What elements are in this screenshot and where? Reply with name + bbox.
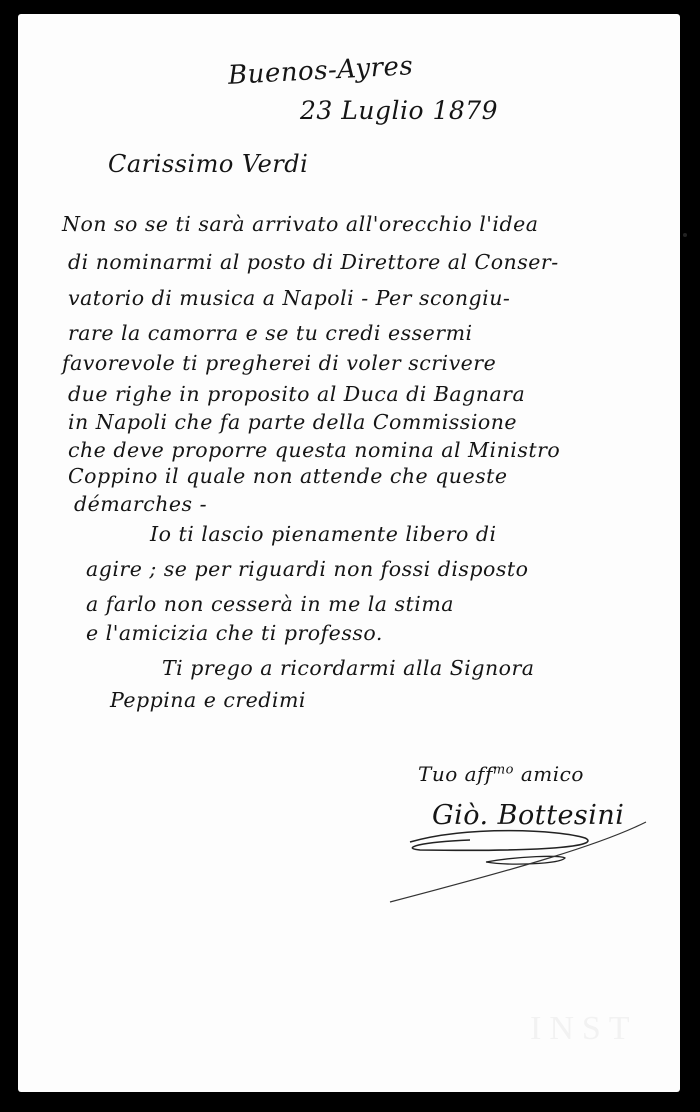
body-line: agire ; se per riguardi non fossi dispos… xyxy=(86,557,528,581)
body-line: favorevole ti pregherei di voler scriver… xyxy=(62,351,496,375)
closing-abbrev: aff xyxy=(465,762,493,786)
closing-abbrev-sup: mo xyxy=(493,762,514,777)
closing-prefix: Tuo xyxy=(418,762,458,786)
signature: Giò. Bottesini xyxy=(432,800,624,831)
body-line: due righe in proposito al Duca di Bagnar… xyxy=(68,382,525,406)
body-line: démarches - xyxy=(74,492,207,516)
body-line: Io ti lascio pienamente libero di xyxy=(150,522,497,546)
body-line: che deve proporre questa nomina al Minis… xyxy=(68,438,560,462)
body-line: Ti prego a ricordarmi alla Signora xyxy=(162,656,535,680)
body-line: di nominarmi al posto di Direttore al Co… xyxy=(68,250,559,274)
closing-suffix: amico xyxy=(521,762,584,786)
body-line: vatorio di musica a Napoli - Per scongiu… xyxy=(68,286,510,310)
body-line: Coppino il quale non attende che queste xyxy=(68,464,508,488)
closing-line: Tuo affmo amico xyxy=(418,762,584,786)
body-line: Non so se ti sarà arrivato all'orecchio … xyxy=(62,212,538,236)
watermark: INST xyxy=(530,1010,638,1048)
body-line: in Napoli che fa parte della Commissione xyxy=(68,410,517,434)
body-line: rare la camorra e se tu credi essermi xyxy=(68,321,473,345)
letter-salutation: Carissimo Verdi xyxy=(108,150,308,178)
letter-date: 23 Luglio 1879 xyxy=(300,96,498,125)
ink-dot xyxy=(683,233,687,237)
body-line: Peppina e credimi xyxy=(110,688,306,712)
body-line: a farlo non cesserà in me la stima xyxy=(86,592,454,616)
body-line: e l'amicizia che ti professo. xyxy=(86,621,383,645)
